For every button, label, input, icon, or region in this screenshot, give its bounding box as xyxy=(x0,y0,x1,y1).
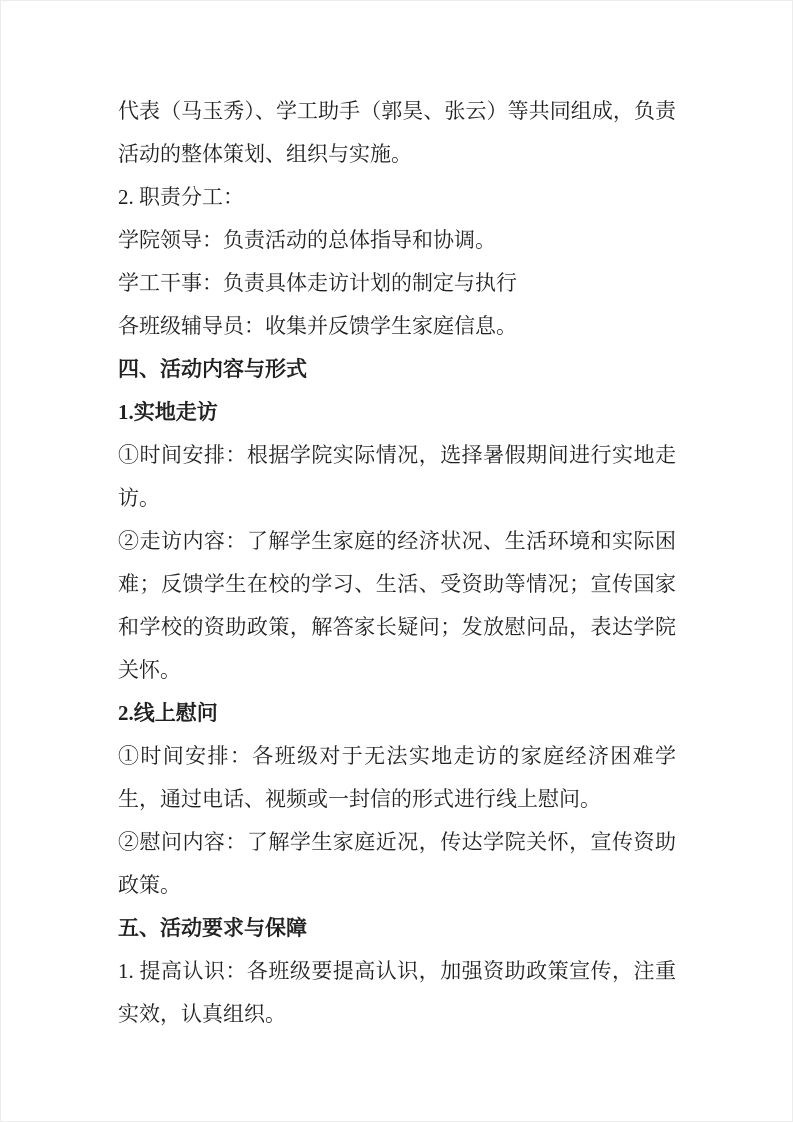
subsection-heading: 1.实地走访 xyxy=(118,391,676,434)
paragraph: 学院领导：负责活动的总体指导和协调。 xyxy=(118,219,676,262)
paragraph: 2. 职责分工： xyxy=(118,176,676,219)
paragraph: ②慰问内容：了解学生家庭近况，传达学院关怀，宣传资助政策。 xyxy=(118,821,676,907)
paragraph: 学工干事：负责具体走访计划的制定与执行 xyxy=(118,262,676,305)
section-heading: 五、活动要求与保障 xyxy=(118,907,676,950)
paragraph: ②走访内容：了解学生家庭的经济状况、生活环境和实际困难；反馈学生在校的学习、生活… xyxy=(118,520,676,692)
paragraph: ①时间安排：各班级对于无法实地走访的家庭经济困难学生，通过电话、视频或一封信的形… xyxy=(118,735,676,821)
paragraph: 1. 提高认识：各班级要提高认识，加强资助政策宣传，注重实效，认真组织。 xyxy=(118,950,676,1036)
section-heading: 四、活动内容与形式 xyxy=(118,348,676,391)
paragraph: 代表（马玉秀）、学工助手（郭昊、张云）等共同组成，负责活动的整体策划、组织与实施… xyxy=(118,90,676,176)
paragraph: 各班级辅导员：收集并反馈学生家庭信息。 xyxy=(118,305,676,348)
document-page: 代表（马玉秀）、学工助手（郭昊、张云）等共同组成，负责活动的整体策划、组织与实施… xyxy=(0,0,793,1122)
subsection-heading: 2.线上慰问 xyxy=(118,692,676,735)
paragraph: ①时间安排：根据学院实际情况，选择暑假期间进行实地走访。 xyxy=(118,434,676,520)
